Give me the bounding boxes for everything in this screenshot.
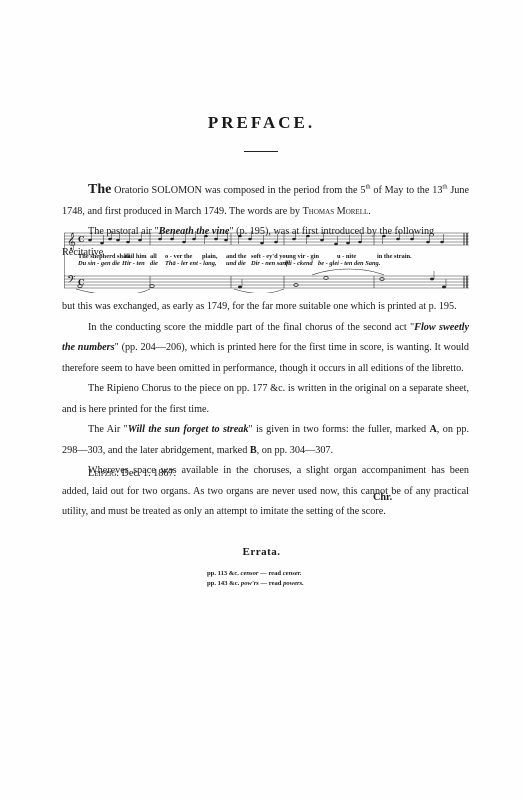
lyric-de: Thä - ler ent - lang,	[165, 260, 216, 267]
svg-text:𝄞: 𝄞	[67, 232, 76, 250]
svg-text:𝄢: 𝄢	[67, 274, 75, 289]
svg-text:C: C	[78, 277, 84, 287]
document-page: PREFACE. The Oratorio SOLOMON was compos…	[0, 0, 523, 800]
signature: Chr.	[373, 492, 392, 503]
errata-item: pp. 113 &c. censor — read censer.	[207, 570, 302, 577]
paragraph-6: The Air "Will the sun forget to streak" …	[62, 420, 469, 461]
lyric-en: all	[150, 253, 157, 260]
lyric-de: be - glei - ten den Sang.	[318, 260, 380, 267]
lyric-de: Hir - ten	[122, 260, 145, 267]
paragraph-3: but this was exchanged, as early as 1749…	[62, 297, 469, 318]
lyric-de: bli - ckend	[285, 260, 313, 267]
lyric-en: soft - ey'd young vir - gin	[251, 253, 319, 260]
svg-text:C: C	[78, 234, 84, 244]
lyric-de: die	[150, 260, 158, 267]
lyric-de: und die	[226, 260, 246, 267]
page-title: PREFACE.	[0, 113, 523, 133]
paragraph-5: The Ripieno Chorus to the piece on pp. 1…	[62, 379, 469, 420]
lyric-en: in the strain.	[377, 253, 412, 260]
place-date: Leipzig. Dec. 1. 1867.	[88, 468, 176, 479]
lyric-en: u - nite	[337, 253, 356, 260]
lyric-en: o - ver the	[165, 253, 192, 260]
lyric-en: and the	[226, 253, 246, 260]
paragraph-4: In the conducting score the middle part …	[62, 318, 469, 380]
lyric-en: plain,	[202, 253, 217, 260]
lyric-en: The shepherd shall	[78, 253, 130, 260]
lyric-en: hail him	[124, 253, 147, 260]
title-divider	[244, 151, 278, 152]
preface-body: but this was exchanged, as early as 1749…	[62, 297, 469, 523]
paragraph-1: The Oratorio SOLOMON was composed in the…	[62, 180, 469, 222]
errata-item: pp. 143 &c. pow'rs — read powers.	[207, 580, 304, 587]
lyric-de: Du sin - gen die	[78, 260, 120, 267]
errata-title: Errata.	[0, 546, 523, 558]
